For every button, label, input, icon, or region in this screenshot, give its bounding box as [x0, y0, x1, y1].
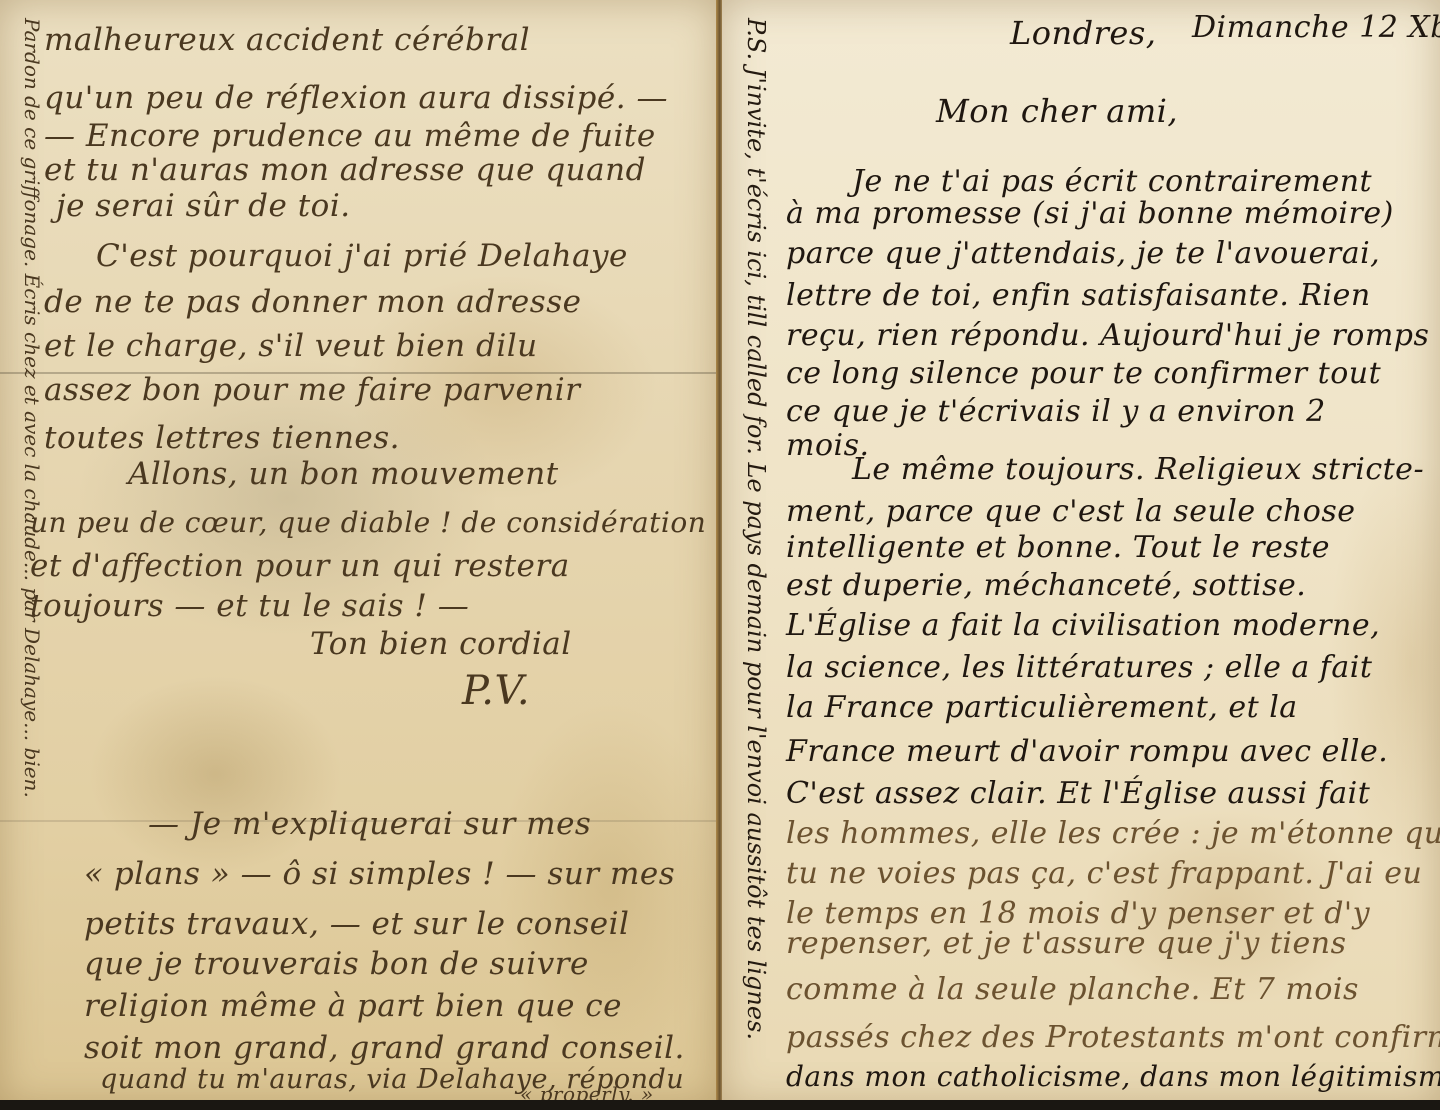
left-page: malheureux accident cérébral qu'un peu d…	[0, 0, 718, 1106]
text-line: repenser, et je t'assure que j'y tiens	[786, 926, 1346, 961]
text-line: un peu de cœur, que diable ! de considér…	[30, 506, 706, 539]
signature: P.V.	[462, 668, 530, 714]
text-line: lettre de toi, enfin satisfaisante. Rien	[786, 278, 1371, 313]
text-line: ce que je t'écrivais il y a environ 2	[786, 394, 1326, 429]
text-line: assez bon pour me faire parvenir	[44, 372, 581, 408]
text-line: religion même à part bien que ce	[84, 988, 622, 1024]
text-line: Le même toujours. Religieux stricte-	[852, 452, 1424, 487]
place-heading: Londres,	[1010, 14, 1156, 52]
text-line: et le charge, s'il veut bien dilu	[44, 328, 538, 364]
text-line: ce long silence pour te confirmer tout	[786, 356, 1381, 391]
text-line: Allons, un bon mouvement	[128, 456, 559, 492]
text-line: la France particulièrement, et la	[786, 690, 1298, 725]
text-line: — Je m'expliquerai sur mes	[148, 806, 591, 842]
right-page: Londres, Dimanche 12 Xbre 75 Mon cher am…	[722, 0, 1440, 1106]
text-line: — Encore prudence au même de fuite	[44, 118, 656, 154]
margin-note: Pardon de ce griffonage. Écris chez et a…	[20, 18, 44, 798]
text-line: C'est pourquoi j'ai prié Delahaye	[96, 238, 628, 274]
text-line: reçu, rien répondu. Aujourd'hui je romps	[786, 318, 1429, 353]
closing: Ton bien cordial	[310, 626, 572, 662]
salutation: Mon cher ami,	[936, 92, 1178, 130]
text-line: malheureux accident cérébral	[44, 22, 530, 58]
text-line: ment, parce que c'est la seule chose	[786, 494, 1355, 529]
text-line: de ne te pas donner mon adresse	[44, 284, 581, 320]
text-line: je serai sûr de toi.	[56, 188, 351, 224]
text-line: passés chez des Protestants m'ont confir…	[786, 1020, 1440, 1055]
text-line: la science, les littératures ; elle a fa…	[786, 650, 1372, 685]
text-line: parce que j'attendais, je te l'avouerai,	[786, 236, 1380, 271]
date-heading: Dimanche 12 Xbre 75	[1192, 10, 1440, 45]
text-line: et tu n'auras mon adresse que quand	[44, 152, 646, 188]
text-line: et d'affection pour un qui restera	[30, 548, 570, 584]
text-line: France meurt d'avoir rompu avec elle.	[786, 734, 1388, 769]
text-line: toutes lettres tiennes.	[44, 420, 400, 456]
text-line: que je trouverais bon de suivre	[84, 946, 589, 982]
text-line: qu'un peu de réflexion aura dissipé. —	[44, 80, 668, 116]
text-line: comme à la seule planche. Et 7 mois	[786, 972, 1359, 1007]
text-line: « plans » — ô si simples ! — sur mes	[84, 856, 675, 892]
text-line: tu ne voies pas ça, c'est frappant. J'ai…	[786, 856, 1422, 891]
text-line: petits travaux, — et sur le conseil	[84, 906, 629, 942]
margin-note: P.S. J'invite, t'écris ici, till called …	[742, 18, 770, 1040]
bottom-edge	[0, 1100, 1440, 1110]
text-line: intelligente et bonne. Tout le reste	[786, 530, 1330, 565]
text-line: est duperie, méchanceté, sottise.	[786, 568, 1306, 603]
text-line: C'est assez clair. Et l'Église aussi fai…	[786, 776, 1370, 811]
text-line: à ma promesse (si j'ai bonne mémoire)	[786, 196, 1394, 231]
text-line: soit mon grand, grand grand conseil.	[84, 1030, 685, 1066]
text-line: toujours — et tu le sais ! —	[30, 588, 469, 624]
text-line: les hommes, elle les crée : je m'étonne …	[786, 816, 1440, 851]
text-line: Je ne t'ai pas écrit contrairement	[852, 164, 1372, 199]
text-line: L'Église a fait la civilisation moderne,	[786, 608, 1380, 643]
text-line: dans mon catholicisme, dans mon légitimi…	[786, 1060, 1440, 1093]
